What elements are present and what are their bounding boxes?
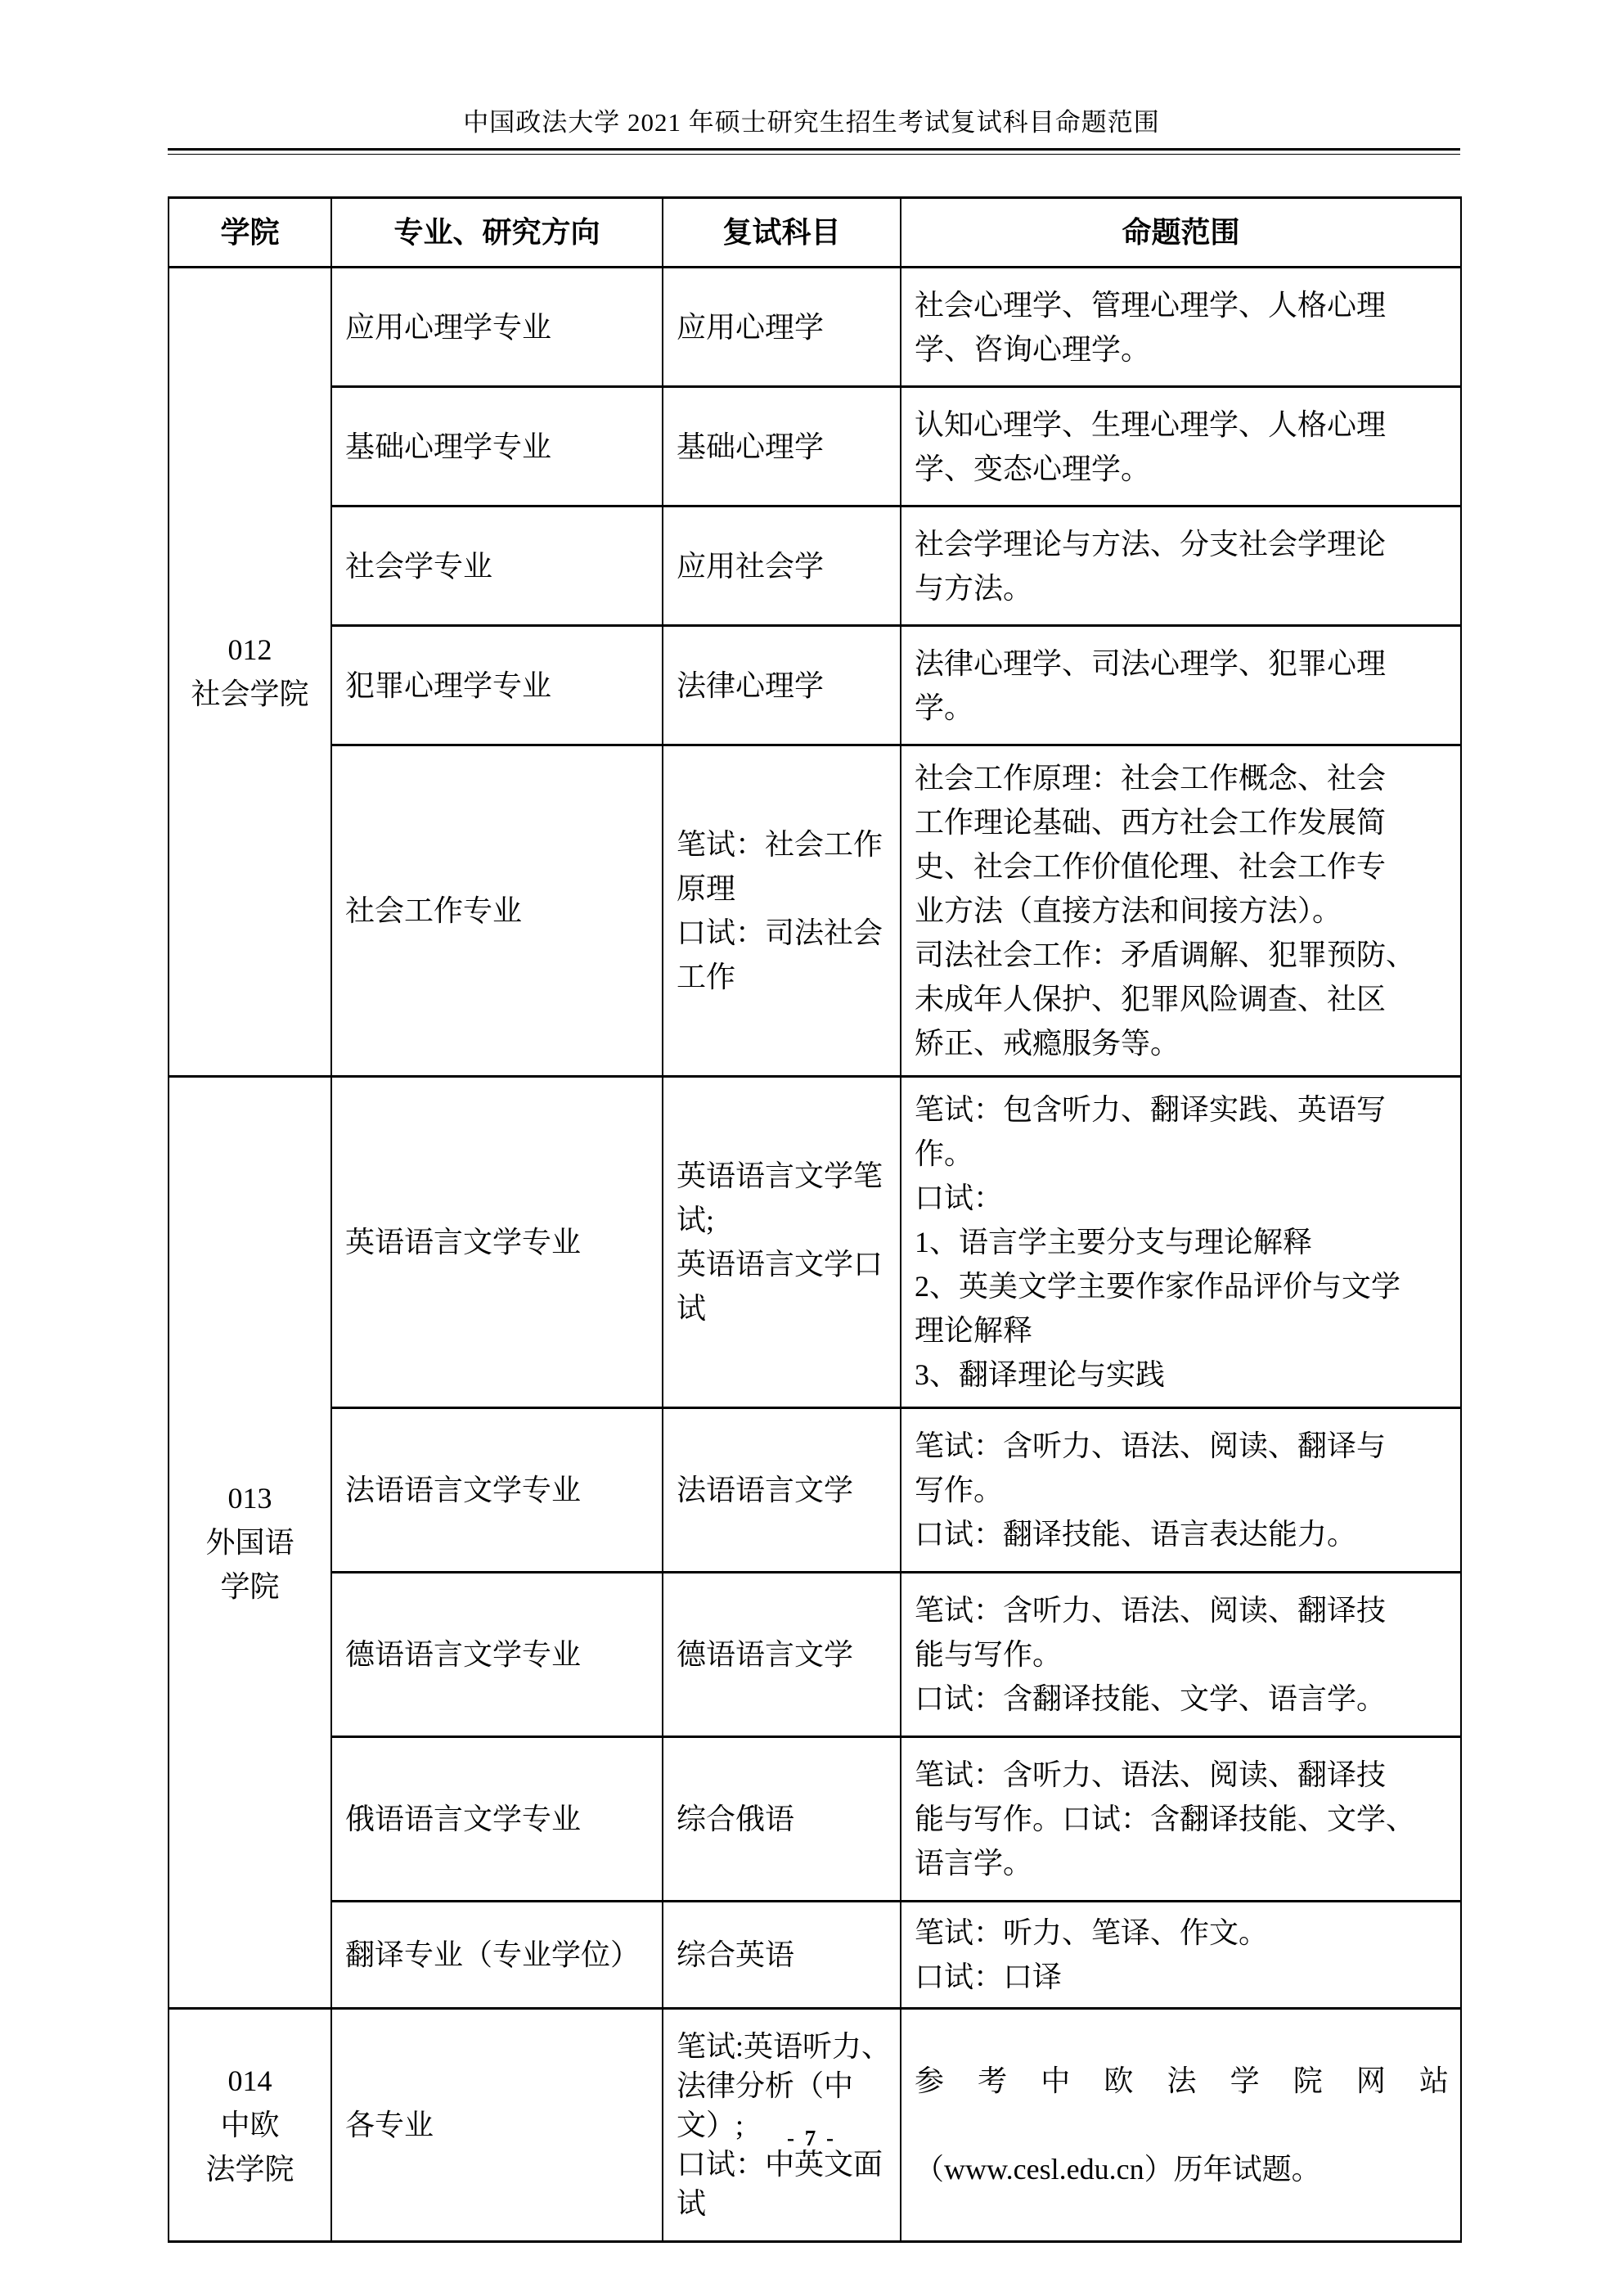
scope-cell: 社会心理学、管理心理学、人格心理 学、咨询心理学。 [901, 268, 1461, 387]
header-major: 专业、研究方向 [331, 198, 663, 268]
table-row: 社会工作专业 笔试：社会工作 原理 口试：司法社会 工作 社会工作原理：社会工作… [169, 745, 1461, 1077]
subjects-cell: 综合英语 [663, 1902, 901, 2009]
major-cell: 翻译专业（专业学位） [331, 1902, 663, 2009]
major-cell: 法语语言文学专业 [331, 1408, 663, 1573]
table-row: 基础心理学专业 基础心理学 认知心理学、生理心理学、人格心理 学、变态心理学。 [169, 387, 1461, 506]
major-cell: 基础心理学专业 [331, 387, 663, 506]
college-cell: 014 中欧 法学院 [169, 2009, 331, 2242]
table-header-row: 学院 专业、研究方向 复试科目 命题范围 [169, 198, 1461, 268]
subjects-cell: 笔试:英语听力、 法律分析（中 文）; 口试：中英文面 试 [663, 2009, 901, 2242]
subjects-cell: 德语语言文学 [663, 1573, 901, 1737]
table-row: 犯罪心理学专业 法律心理学 法律心理学、司法心理学、犯罪心理 学。 [169, 626, 1461, 745]
subjects-cell: 应用社会学 [663, 506, 901, 626]
page-title: 中国政法大学 2021 年硕士研究生招生考试复试科目命题范围 [0, 101, 1623, 138]
scope-cell: 笔试：含听力、语法、阅读、翻译与 写作。 口试：翻译技能、语言表达能力。 [901, 1408, 1461, 1573]
table-row: 俄语语言文学专业 综合俄语 笔试：含听力、语法、阅读、翻译技 能与写作。口试：含… [169, 1737, 1461, 1902]
major-cell: 英语语言文学专业 [331, 1077, 663, 1408]
scope-cell: 社会工作原理：社会工作概念、社会 工作理论基础、西方社会工作发展简 史、社会工作… [901, 745, 1461, 1077]
major-cell: 俄语语言文学专业 [331, 1737, 663, 1902]
subjects-cell: 综合俄语 [663, 1737, 901, 1902]
title-rule-thick [168, 148, 1460, 151]
table-row: 翻译专业（专业学位） 综合英语 笔试：听力、笔译、作文。 口试：口译 [169, 1902, 1461, 2009]
scope-cell: 认知心理学、生理心理学、人格心理 学、变态心理学。 [901, 387, 1461, 506]
subjects-cell: 基础心理学 [663, 387, 901, 506]
table-row: 013 外国语 学院 英语语言文学专业 英语语言文学笔 试; 英语语言文学口 试… [169, 1077, 1461, 1408]
scope-cell: 笔试：含听力、语法、阅读、翻译技 能与写作。口试：含翻译技能、文学、 语言学。 [901, 1737, 1461, 1902]
scope-cell: 笔试：听力、笔译、作文。 口试：口译 [901, 1902, 1461, 2009]
table-row: 法语语言文学专业 法语语言文学 笔试：含听力、语法、阅读、翻译与 写作。 口试：… [169, 1408, 1461, 1573]
scope-cell: 社会学理论与方法、分支社会学理论 与方法。 [901, 506, 1461, 626]
retest-subjects-table: 学院 专业、研究方向 复试科目 命题范围 012 社会学院 应用心理学专业 应用… [168, 196, 1462, 2243]
major-cell: 犯罪心理学专业 [331, 626, 663, 745]
header-subjects: 复试科目 [663, 198, 901, 268]
major-cell: 社会学专业 [331, 506, 663, 626]
subjects-cell: 应用心理学 [663, 268, 901, 387]
table-row: 012 社会学院 应用心理学专业 应用心理学 社会心理学、管理心理学、人格心理 … [169, 268, 1461, 387]
title-rule-thin [168, 154, 1460, 155]
page-number: - 7 - [0, 2126, 1623, 2151]
major-cell: 各专业 [331, 2009, 663, 2242]
scope-cell: 法律心理学、司法心理学、犯罪心理 学。 [901, 626, 1461, 745]
scope-cell: 笔试：包含听力、翻译实践、英语写 作。 口试： 1、语言学主要分支与理论解释 2… [901, 1077, 1461, 1408]
major-cell: 社会工作专业 [331, 745, 663, 1077]
subjects-cell: 法语语言文学 [663, 1408, 901, 1573]
table-row: 014 中欧 法学院 各专业 笔试:英语听力、 法律分析（中 文）; 口试：中英… [169, 2009, 1461, 2242]
college-cell: 013 外国语 学院 [169, 1077, 331, 2009]
header-scope: 命题范围 [901, 198, 1461, 268]
table-row: 德语语言文学专业 德语语言文学 笔试：含听力、语法、阅读、翻译技 能与写作。 口… [169, 1573, 1461, 1737]
scope-line: （www.cesl.edu.cn）历年试题。 [915, 2147, 1449, 2191]
subjects-cell: 笔试：社会工作 原理 口试：司法社会 工作 [663, 745, 901, 1077]
scope-line: 参考中欧法学院网站 [915, 2059, 1449, 2103]
scope-cell: 笔试：含听力、语法、阅读、翻译技 能与写作。 口试：含翻译技能、文学、语言学。 [901, 1573, 1461, 1737]
table-row: 社会学专业 应用社会学 社会学理论与方法、分支社会学理论 与方法。 [169, 506, 1461, 626]
subjects-cell: 法律心理学 [663, 626, 901, 745]
scope-cell: 参考中欧法学院网站 （www.cesl.edu.cn）历年试题。 [901, 2009, 1461, 2242]
header-college: 学院 [169, 198, 331, 268]
college-cell: 012 社会学院 [169, 268, 331, 1077]
subjects-cell: 英语语言文学笔 试; 英语语言文学口 试 [663, 1077, 901, 1408]
document-page: 中国政法大学 2021 年硕士研究生招生考试复试科目命题范围 学院 专业、研究方… [0, 0, 1623, 2296]
major-cell: 应用心理学专业 [331, 268, 663, 387]
major-cell: 德语语言文学专业 [331, 1573, 663, 1737]
